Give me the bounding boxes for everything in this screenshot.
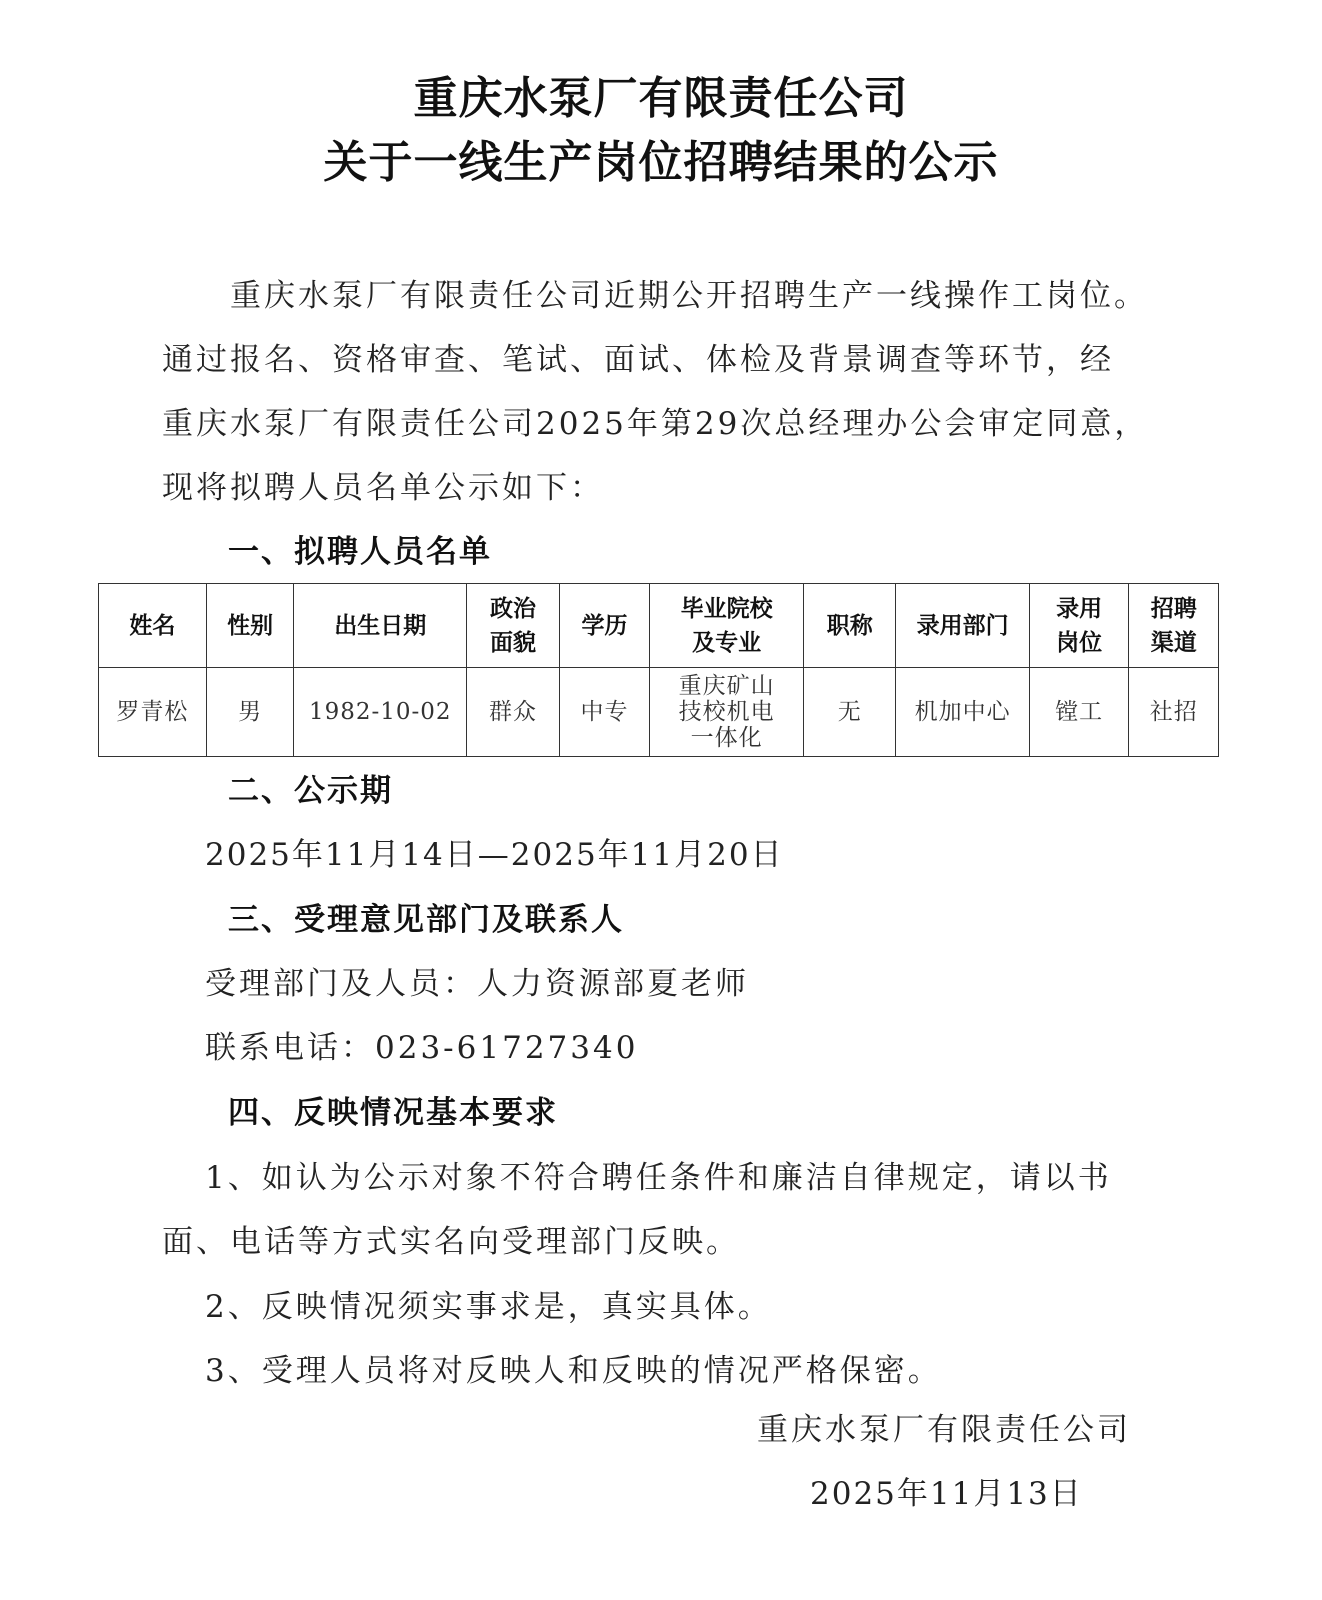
requirement-2: 2、反映情况须实事求是，真实具体。 <box>205 1281 772 1326</box>
contact-phone: 联系电话：023-61727340 <box>205 1022 638 1067</box>
signature-date: 2025年11月13日 <box>810 1468 1083 1513</box>
requirement-1-line-2: 面、电话等方式实名向受理部门反映。 <box>162 1216 740 1261</box>
cell-gender: 男 <box>206 668 293 757</box>
section-3-heading: 三、受理意见部门及联系人 <box>228 894 624 939</box>
document-title-line-2: 关于一线生产岗位招聘结果的公示 <box>0 126 1322 190</box>
header-birthdate: 出生日期 <box>294 584 467 668</box>
cell-birthdate: 1982-10-02 <box>294 668 467 757</box>
section-4-heading: 四、反映情况基本要求 <box>228 1087 558 1132</box>
cell-position: 镗工 <box>1029 668 1129 757</box>
table-row: 罗青松 男 1982-10-02 群众 中专 重庆矿山 技校机电 一体化 无 机… <box>99 668 1219 757</box>
section-1-heading: 一、拟聘人员名单 <box>228 526 492 571</box>
publicity-period: 2025年11月14日—2025年11月20日 <box>205 829 784 874</box>
intro-line-1: 重庆水泵厂有限责任公司近期公开招聘生产一线操作工岗位。 <box>230 270 1148 315</box>
header-gender: 性别 <box>206 584 293 668</box>
contact-department: 受理部门及人员：人力资源部夏老师 <box>205 958 749 1003</box>
cell-school-major: 重庆矿山 技校机电 一体化 <box>650 668 804 757</box>
intro-line-2: 通过报名、资格审查、笔试、面试、体检及背景调查等环节，经 <box>162 334 1114 379</box>
cell-department: 机加中心 <box>896 668 1029 757</box>
header-education: 学历 <box>559 584 650 668</box>
header-position: 录用 岗位 <box>1029 584 1129 668</box>
cell-channel: 社招 <box>1129 668 1219 757</box>
requirement-3: 3、受理人员将对反映人和反映的情况严格保密。 <box>205 1345 942 1390</box>
intro-line-3: 重庆水泵厂有限责任公司2025年第29次总经理办公会审定同意， <box>162 398 1148 443</box>
header-name: 姓名 <box>99 584 207 668</box>
intro-line-4: 现将拟聘人员名单公示如下： <box>162 462 604 507</box>
header-title: 职称 <box>803 584 896 668</box>
header-political-status: 政治 面貌 <box>467 584 560 668</box>
requirement-1-line-1: 1、如认为公示对象不符合聘任条件和廉洁自律规定，请以书 <box>205 1152 1112 1197</box>
document-title-line-1: 重庆水泵厂有限责任公司 <box>0 62 1322 126</box>
section-2-heading: 二、公示期 <box>228 765 393 810</box>
cell-education: 中专 <box>559 668 650 757</box>
cell-political-status: 群众 <box>467 668 560 757</box>
cell-title: 无 <box>803 668 896 757</box>
header-school-major: 毕业院校 及专业 <box>650 584 804 668</box>
header-department: 录用部门 <box>896 584 1029 668</box>
signature-org: 重庆水泵厂有限责任公司 <box>757 1404 1131 1449</box>
cell-name: 罗青松 <box>99 668 207 757</box>
candidate-table: 姓名 性别 出生日期 政治 面貌 学历 毕业院校 及专业 职称 录用部门 录用 … <box>98 583 1219 757</box>
table-header-row: 姓名 性别 出生日期 政治 面貌 学历 毕业院校 及专业 职称 录用部门 录用 … <box>99 584 1219 668</box>
header-channel: 招聘 渠道 <box>1129 584 1219 668</box>
